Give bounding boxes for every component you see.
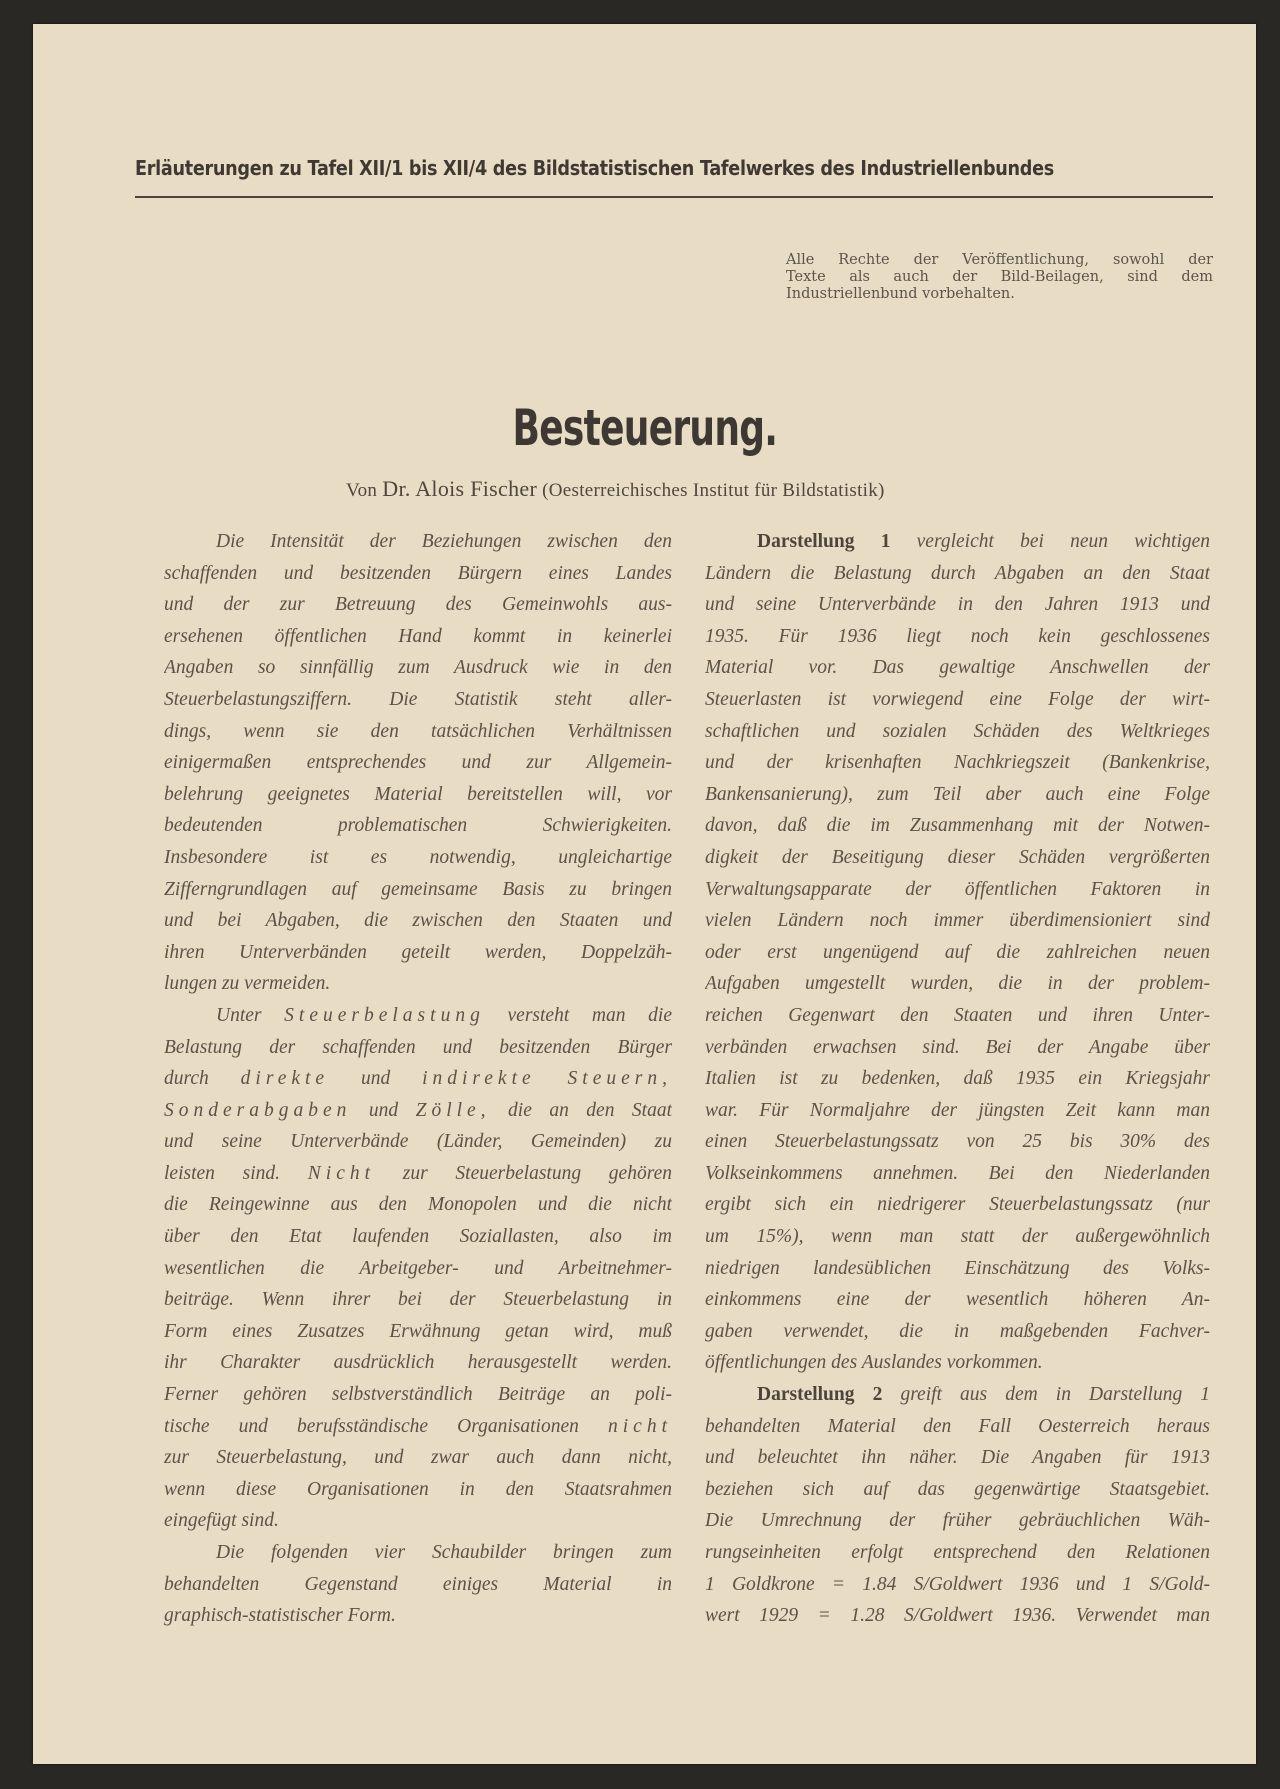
text-line: Ferner gehören selbstverständlich Beiträ…: [164, 1379, 672, 1411]
text-line: einkommens eine der wesentlich höheren A…: [705, 1284, 1210, 1316]
text-line: Angaben so sinnfällig zum Ausdruck wie i…: [164, 652, 672, 684]
spaced-term: nicht: [608, 1416, 672, 1437]
text-line: schaftlichen und sozialen Schäden des We…: [705, 716, 1210, 748]
text-line: wenn diese Organisationen in den Staatsr…: [164, 1474, 672, 1506]
text-line: Aufgaben umgestellt wurden, die in der p…: [705, 968, 1210, 1000]
text-line: ihr Charakter ausdrücklich herausgestell…: [164, 1347, 672, 1379]
text-line: belehrung geeignetes Material bereitstel…: [164, 779, 672, 811]
spaced-term: Sonderabgaben: [164, 1100, 351, 1121]
text-line: dings, wenn sie den tatsächlichen Verhäl…: [164, 716, 672, 748]
article-title-wrap: Besteuerung.: [33, 398, 1256, 458]
document-page: Erläuterungen zu Tafel XII/1 bis XII/4 d…: [33, 24, 1256, 1764]
text-line: beziehen sich auf das gegenwärtige Staat…: [705, 1474, 1210, 1506]
text-line: öffentlichungen des Auslandes vorkommen.: [705, 1347, 1210, 1379]
byline-prefix: Von: [346, 480, 377, 501]
text-line: Insbesondere ist es notwendig, ungleicha…: [164, 842, 672, 874]
text-line: Volkseinkommens annehmen. Bei den Nieder…: [705, 1158, 1210, 1190]
text-line: Bankensanierung), zum Teil aber auch ein…: [705, 779, 1210, 811]
text-line-with-lead: Darstellung 1 vergleicht bei neun wichti…: [705, 526, 1210, 558]
text-line-with-spaced-term: Sonderabgaben und Zölle, die an den Staa…: [164, 1095, 672, 1127]
text-line: 1 Goldkrone = 1.84 S/Goldwert 1936 und 1…: [705, 1569, 1210, 1601]
text-line: wesentlichen die Arbeitgeber- und Arbeit…: [164, 1253, 672, 1285]
text-line: Belastung der schaffenden und besitzende…: [164, 1032, 672, 1064]
text-line: Steuerlasten ist vorwiegend eine Folge d…: [705, 684, 1210, 716]
text-line: und beleuchtet ihn näher. Die Angaben fü…: [705, 1442, 1210, 1474]
header-divider: [135, 196, 1213, 198]
text-line: ihren Unterverbänden geteilt werden, Dop…: [164, 937, 672, 969]
darstellung-1-label: Darstellung 1: [757, 531, 890, 552]
copyright-line: Texte als auch der Bild-Beilagen, sind d…: [786, 269, 1213, 286]
text-line: graphisch-statistischer Form.: [164, 1600, 672, 1632]
copyright-line: Alle Rechte der Veröffentlichung, sowohl…: [786, 252, 1213, 269]
text-line: Zifferngrundlagen auf gemeinsame Basis z…: [164, 874, 672, 906]
text-line: Italien ist zu bedenken, daß 1935 ein Kr…: [705, 1063, 1210, 1095]
text-line-with-spaced-term: tische und berufsständische Organisation…: [164, 1411, 672, 1443]
text-line: beiträge. Wenn ihrer bei der Steuerbelas…: [164, 1284, 672, 1316]
text-line: und der krisenhaften Nachkriegszeit (Ban…: [705, 747, 1210, 779]
text-line: niedrigen landesüblichen Einschätzung de…: [705, 1253, 1210, 1285]
text-line: Steuerbelastungsziffern. Die Statistik s…: [164, 684, 672, 716]
text-line: verbänden erwachsen sind. Bei der Angabe…: [705, 1032, 1210, 1064]
text-line-with-lead: Darstellung 2 greift aus dem in Darstell…: [705, 1379, 1210, 1411]
text-line: 1935. Für 1936 liegt noch kein geschloss…: [705, 621, 1210, 653]
spaced-term: indirekte: [422, 1068, 536, 1089]
text-line: und seine Unterverbände (Länder, Gemeind…: [164, 1126, 672, 1158]
text-line: behandelten Gegenstand einiges Material …: [164, 1569, 672, 1601]
right-column: Darstellung 1 vergleicht bei neun wichti…: [705, 526, 1210, 1632]
text-line: und der zur Betreuung des Gemeinwohls au…: [164, 589, 672, 621]
text-line: lungen zu vermeiden.: [164, 968, 672, 1000]
text-line: einigermaßen entsprechendes und zur Allg…: [164, 747, 672, 779]
text-line: wert 1929 = 1.28 S/Goldwert 1936. Verwen…: [705, 1600, 1210, 1632]
text-line: bedeutenden problematischen Schwierigkei…: [164, 810, 672, 842]
spaced-term: Nicht: [308, 1163, 375, 1184]
text-line: vielen Ländern noch immer überdimensioni…: [705, 905, 1210, 937]
darstellung-2-label: Darstellung 2: [757, 1384, 882, 1405]
text-line: um 15%), wenn man statt der außergewöhnl…: [705, 1221, 1210, 1253]
text-line: Die Umrechnung der früher gebräuchlichen…: [705, 1505, 1210, 1537]
text-line: war. Für Normaljahre der jüngsten Zeit k…: [705, 1095, 1210, 1127]
text-line: schaffenden und besitzenden Bürgern eine…: [164, 558, 672, 590]
spaced-term: Zölle,: [416, 1100, 491, 1121]
text-line: zur Steuerbelastung, und zwar auch dann …: [164, 1442, 672, 1474]
text-line: Die folgenden vier Schaubilder bringen z…: [164, 1537, 672, 1569]
text-line: Form eines Zusatzes Erwähnung getan wird…: [164, 1316, 672, 1348]
text-line: oder erst ungenügend auf die zahlreichen…: [705, 937, 1210, 969]
text-line-with-spaced-term: leisten sind. Nicht zur Steuerbelastung …: [164, 1158, 672, 1190]
author-name: Dr. Alois Fischer: [382, 476, 537, 501]
text-line: gaben verwendet, die in maßgebenden Fach…: [705, 1316, 1210, 1348]
text-line-with-spaced-term: durch direkte und indirekte Steuern,: [164, 1063, 672, 1095]
spaced-term: direkte: [241, 1068, 329, 1089]
text-line: ersehenen öffentlichen Hand kommt in kei…: [164, 621, 672, 653]
text-line: die Reingewinne aus den Monopolen und di…: [164, 1189, 672, 1221]
byline: Von Dr. Alois Fischer (Oesterreichisches…: [346, 476, 1046, 502]
text-line: einen Steuerbelastungssatz von 25 bis 30…: [705, 1126, 1210, 1158]
text-run: greift aus dem in Darstellung 1: [900, 1384, 1210, 1405]
text-line: und bei Abgaben, die zwischen den Staate…: [164, 905, 672, 937]
copyright-line: Industriellenbund vorbehalten.: [786, 286, 1213, 303]
text-line: behandelten Material den Fall Oesterreic…: [705, 1411, 1210, 1443]
text-line: eingefügt sind.: [164, 1505, 672, 1537]
text-line: Die Intensität der Beziehungen zwischen …: [164, 526, 672, 558]
text-line: Material vor. Das gewaltige Anschwellen …: [705, 652, 1210, 684]
text-line: Verwaltungsapparate der öffentlichen Fak…: [705, 874, 1210, 906]
text-line-with-spaced-term: Unter Steuerbelastung versteht man die: [164, 1000, 672, 1032]
author-affiliation: (Oesterreichisches Institut für Bildstat…: [542, 480, 885, 501]
article-title: Besteuerung.: [512, 398, 777, 458]
text-line: rungseinheiten erfolgt entsprechend den …: [705, 1537, 1210, 1569]
text-line: über den Etat laufenden Soziallasten, al…: [164, 1221, 672, 1253]
text-line: Ländern die Belastung durch Abgaben an d…: [705, 558, 1210, 590]
text-line: davon, daß die im Zusammenhang mit der N…: [705, 810, 1210, 842]
left-column: Die Intensität der Beziehungen zwischen …: [164, 526, 672, 1632]
text-line: ergibt sich ein niedrigerer Steuerbelast…: [705, 1189, 1210, 1221]
copyright-notice: Alle Rechte der Veröffentlichung, sowohl…: [786, 252, 1213, 303]
text-run: vergleicht bei neun wichtigen: [917, 531, 1210, 552]
text-line: und seine Unterverbände in den Jahren 19…: [705, 589, 1210, 621]
text-line: digkeit der Beseitigung dieser Schäden v…: [705, 842, 1210, 874]
spaced-term: Steuern,: [568, 1068, 672, 1089]
series-header: Erläuterungen zu Tafel XII/1 bis XII/4 d…: [135, 156, 1062, 180]
text-line: reichen Gegenwart den Staaten und ihren …: [705, 1000, 1210, 1032]
spaced-term: Steuerbelastung: [284, 1005, 485, 1026]
